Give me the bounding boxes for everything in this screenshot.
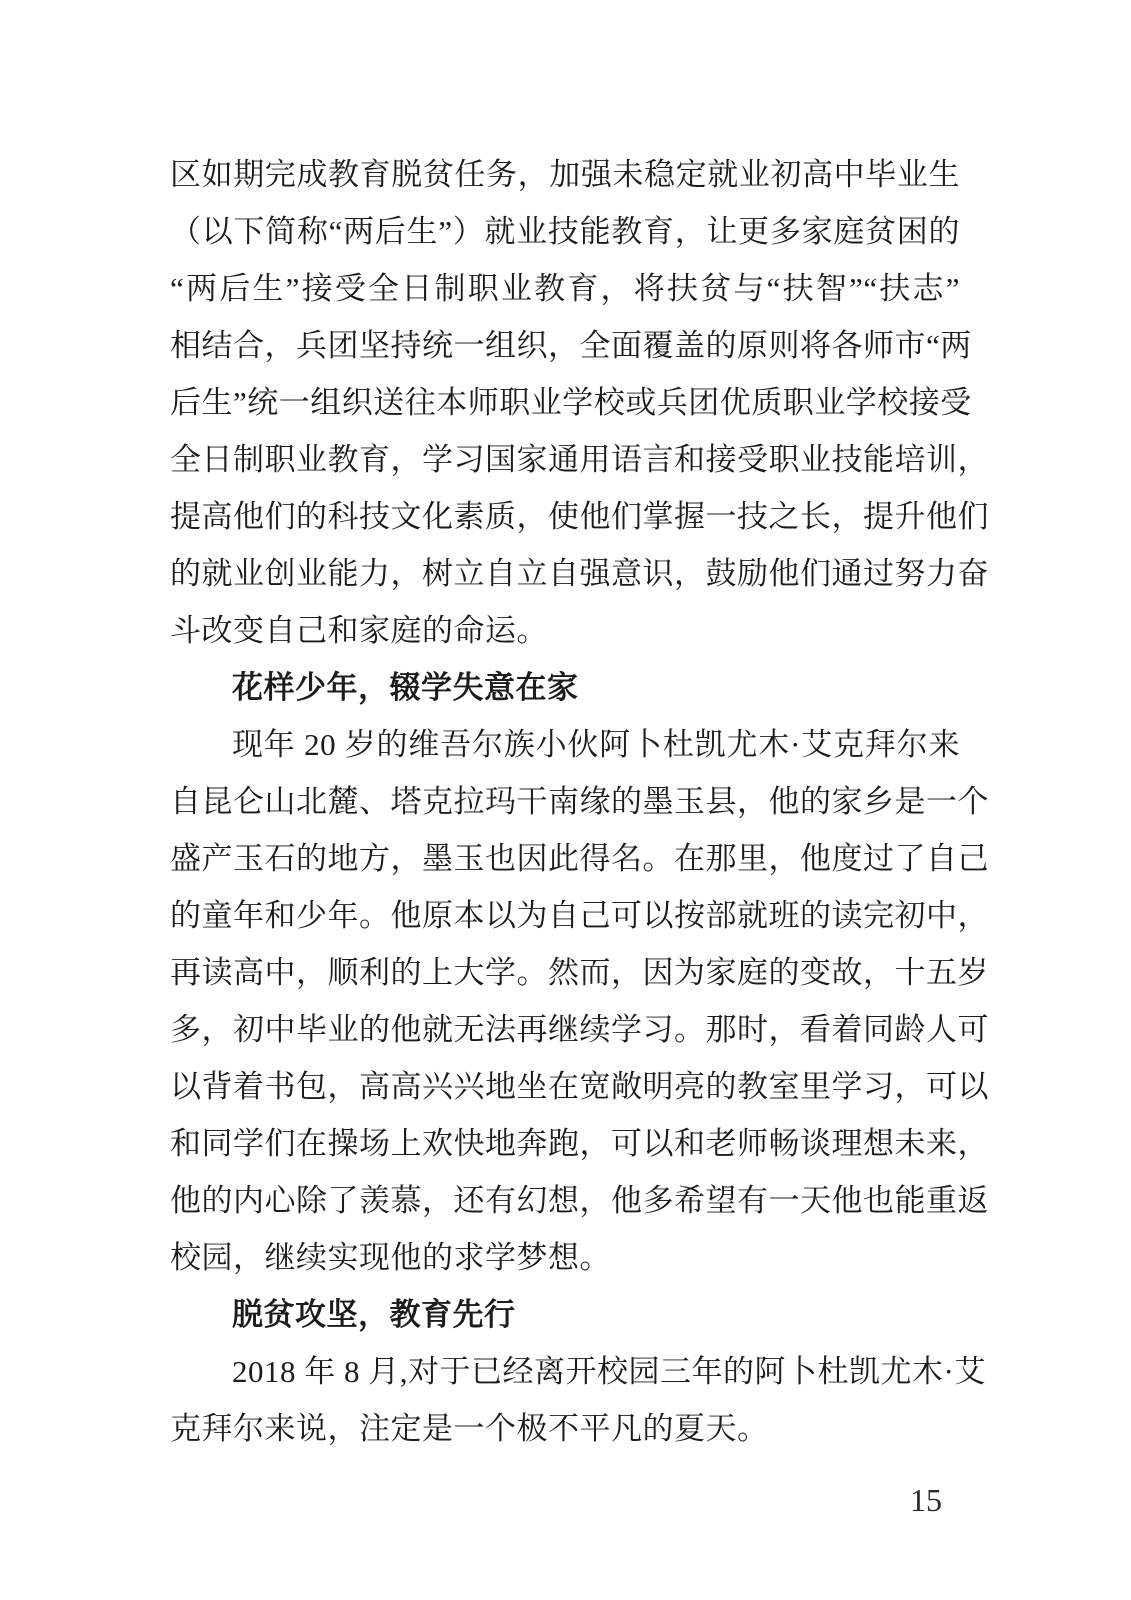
text-line: 和同学们在操场上欢快地奔跑，可以和老师畅谈理想未来， [170,1115,960,1172]
text-line: 提高他们的科技文化素质，使他们掌握一技之长，提升他们 [170,488,960,545]
page-number: 15 [910,1478,942,1522]
text-line: 全日制职业教育，学习国家通用语言和接受职业技能培训， [170,431,960,488]
text-line: 相结合，兵团坚持统一组织，全面覆盖的原则将各师市“两 [170,317,960,374]
text-line: 再读高中，顺利的上大学。然而，因为家庭的变故，十五岁 [170,944,960,1001]
text-line: 的童年和少年。他原本以为自己可以按部就班的读完初中， [170,887,960,944]
text-line: 斗改变自己和家庭的命运。 [170,602,960,659]
text-line: 区如期完成教育脱贫任务，加强未稳定就业初高中毕业生 [170,146,960,203]
document-page: 区如期完成教育脱贫任务，加强未稳定就业初高中毕业生 （以下简称“两后生”）就业技… [0,0,1131,1600]
text-line: 的就业创业能力，树立自立自强意识，鼓励他们通过努力奋 [170,545,960,602]
section-heading: 脱贫攻坚，教育先行 [170,1286,960,1343]
section-heading: 花样少年，辍学失意在家 [170,659,960,716]
text-line: 校园，继续实现他的求学梦想。 [170,1229,960,1286]
text-line: （以下简称“两后生”）就业技能教育，让更多家庭贫困的 [170,203,960,260]
text-line: 多，初中毕业的他就无法再继续学习。那时，看着同龄人可 [170,1001,960,1058]
text-line: 现年 20 岁的维吾尔族小伙阿卜杜凯尤木·艾克拜尔来 [170,716,960,773]
text-line: 以背着书包，高高兴兴地坐在宽敞明亮的教室里学习，可以 [170,1058,960,1115]
text-block: 区如期完成教育脱贫任务，加强未稳定就业初高中毕业生 （以下简称“两后生”）就业技… [170,146,960,1457]
text-line: 自昆仑山北麓、塔克拉玛干南缘的墨玉县，他的家乡是一个 [170,773,960,830]
text-line: 2018 年 8 月,对于已经离开校园三年的阿卜杜凯尤木·艾 [170,1343,960,1400]
text-line: “两后生”接受全日制职业教育，将扶贫与“扶智”“扶志” [170,260,960,317]
text-line: 克拜尔来说，注定是一个极不平凡的夏天。 [170,1400,960,1457]
text-line: 后生”统一组织送往本师职业学校或兵团优质职业学校接受 [170,374,960,431]
text-line: 他的内心除了羡慕，还有幻想，他多希望有一天他也能重返 [170,1172,960,1229]
text-line: 盛产玉石的地方，墨玉也因此得名。在那里，他度过了自己 [170,830,960,887]
